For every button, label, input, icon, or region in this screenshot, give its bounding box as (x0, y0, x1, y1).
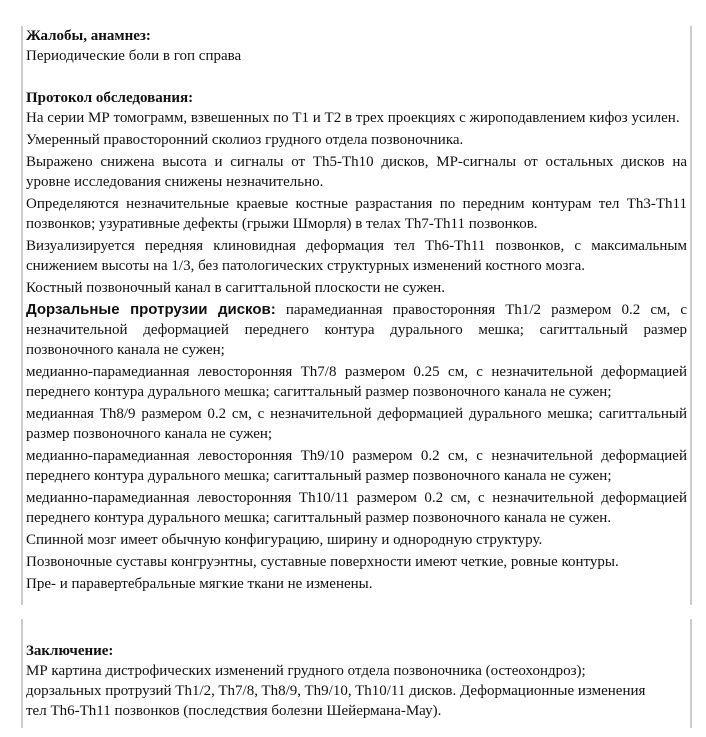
conclusion-heading: Заключение: (26, 641, 687, 661)
complaints-text: Периодические боли в гоп справа (26, 46, 687, 66)
protocol-closing: Спинной мозг имеет обычную конфигурацию,… (26, 530, 687, 550)
protocol-paragraph: Выражено снижена высота и сигналы от Th5… (26, 152, 687, 192)
protocol-paragraph: Костный позвоночный канал в сагиттальной… (26, 278, 687, 298)
conclusion-line: дорзальных протрузий Th1/2, Th7/8, Th8/9… (26, 681, 687, 701)
conclusion-line: тел Th6-Th11 позвонков (последствия боле… (26, 701, 687, 721)
protrusion-item: медианно-парамедианная левосторонняя Th7… (26, 362, 687, 402)
protocol-closing: Пре- и паравертебральные мягкие ткани не… (26, 574, 687, 594)
protocol-paragraph: На серии МР томограмм, взвешенных по Т1 … (26, 108, 687, 128)
protrusion-item: медианно-парамедианная левосторонняя Th1… (26, 488, 687, 528)
conclusion-line: МР картина дистрофических изменений груд… (26, 661, 687, 681)
protrusions-label: Дорзальные протрузии дисков: (26, 301, 276, 318)
protocol-paragraph: Визуализируется передняя клиновидная деф… (26, 236, 687, 276)
protrusions-paragraph: Дорзальные протрузии дисков: парамедианн… (26, 300, 687, 360)
conclusion-section: Заключение: МР картина дистрофических из… (21, 619, 692, 728)
report-main-section: Жалобы, анамнез: Периодические боли в го… (21, 26, 692, 605)
protocol-heading: Протокол обследования: (26, 88, 687, 108)
complaints-heading: Жалобы, анамнез: (26, 26, 687, 46)
protocol-closing: Позвоночные суставы конгруэнтны, суставн… (26, 552, 687, 572)
protrusion-item: медианная Th8/9 размером 0.2 см, с незна… (26, 404, 687, 444)
protocol-paragraph: Определяются незначительные краевые кост… (26, 194, 687, 234)
protrusion-item: медианно-парамедианная левосторонняя Th9… (26, 446, 687, 486)
protocol-paragraph: Умеренный правосторонний сколиоз грудног… (26, 130, 687, 150)
